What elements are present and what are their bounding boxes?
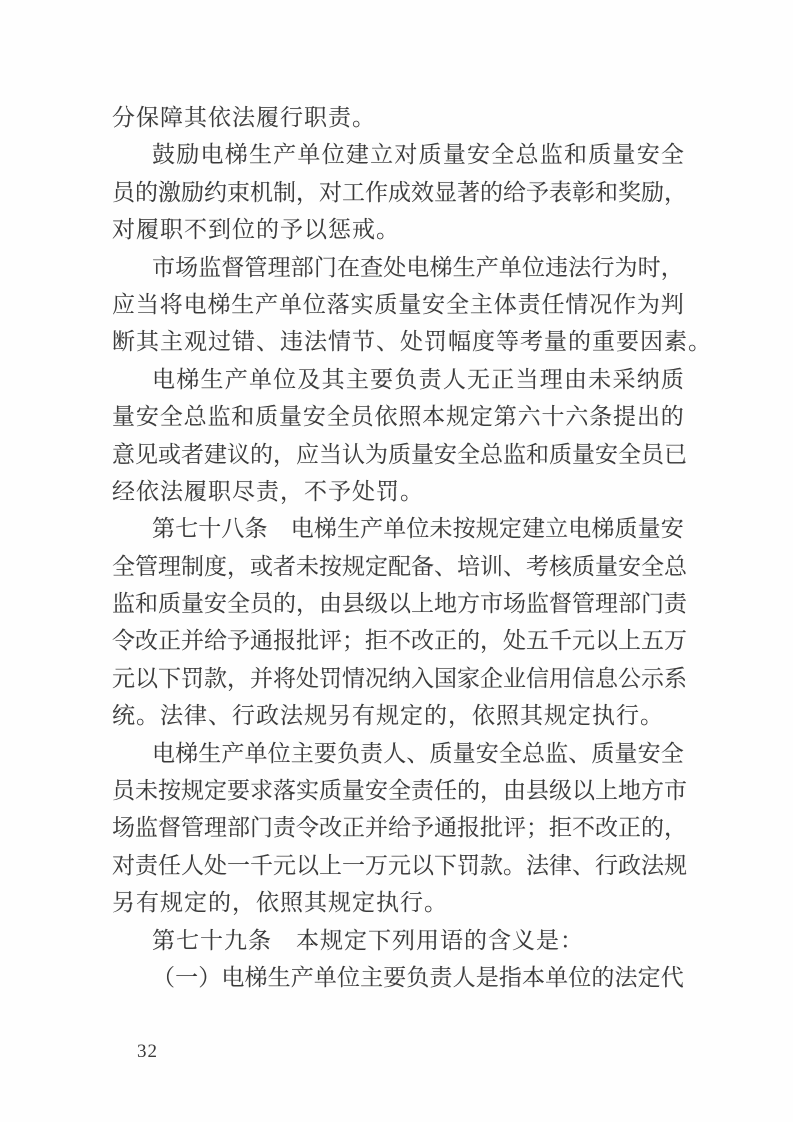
text-line: 员的激励约束机制，对工作成效显著的给予表彰和奖励， [112,174,684,211]
text-line: 意见或者建议的，应当认为质量安全总监和质量安全员已 [112,436,684,473]
document-page: 分保障其依法履行职责。鼓励电梯生产单位建立对质量安全总监和质量安全员的激励约束机… [0,0,793,1122]
text-line: 场监督管理部门责令改正并给予通报批评；拒不改正的， [112,809,684,846]
text-line: 全管理制度，或者未按规定配备、培训、考核质量安全总 [112,548,684,585]
text-line: 监和质量安全员的，由县级以上地方市场监督管理部门责 [112,585,684,622]
text-line: 第七十八条 电梯生产单位未按规定建立电梯质量安 [112,510,684,547]
text-line: 对履职不到位的予以惩戒。 [112,211,684,248]
text-line: 市场监督管理部门在查处电梯生产单位违法行为时， [112,249,684,286]
text-line: 统。法律、行政法规另有规定的，依照其规定执行。 [112,697,684,734]
text-line: 经依法履职尽责，不予处罚。 [112,473,684,510]
text-line: 电梯生产单位主要负责人、质量安全总监、质量安全 [112,735,684,772]
text-line: 对责任人处一千元以上一万元以下罚款。法律、行政法规 [112,847,684,884]
text-line: （一）电梯生产单位主要负责人是指本单位的法定代 [112,959,684,996]
text-line: 电梯生产单位及其主要负责人无正当理由未采纳质 [112,361,684,398]
page-number: 32 [137,1042,158,1061]
text-line: 第七十九条 本规定下列用语的含义是： [112,922,684,959]
text-line: 员未按规定要求落实质量安全责任的，由县级以上地方市 [112,772,684,809]
text-line: 量安全总监和质量安全员依照本规定第六十六条提出的 [112,398,684,435]
text-line: 断其主观过错、违法情节、处罚幅度等考量的重要因素。 [112,323,684,360]
text-line: 应当将电梯生产单位落实质量安全主体责任情况作为判 [112,286,684,323]
text-line: 鼓励电梯生产单位建立对质量安全总监和质量安全 [112,136,684,173]
text-block: 分保障其依法履行职责。鼓励电梯生产单位建立对质量安全总监和质量安全员的激励约束机… [112,99,684,996]
text-line: 另有规定的，依照其规定执行。 [112,884,684,921]
text-line: 分保障其依法履行职责。 [112,99,684,136]
text-line: 令改正并给予通报批评；拒不改正的，处五千元以上五万 [112,622,684,659]
text-line: 元以下罚款，并将处罚情况纳入国家企业信用信息公示系 [112,660,684,697]
